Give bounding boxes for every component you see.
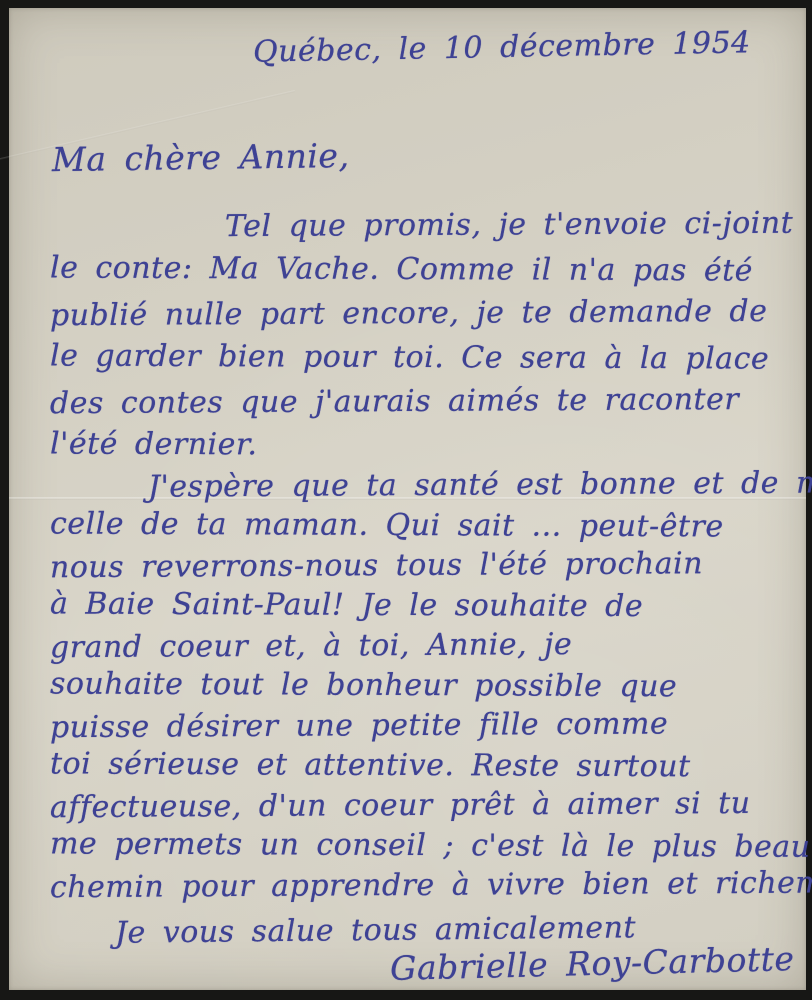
letter-line: chemin pour apprendre à vivre bien et ri… xyxy=(50,866,776,910)
dateline: Québec, le 10 décembre 1954 xyxy=(253,25,751,70)
letter-line: nous reverrons-nous tous l'été prochain xyxy=(50,546,776,590)
letter-line: puisse désirer une petite fille comme xyxy=(50,706,776,750)
letter-line: me permets un conseil ; c'est là le plus… xyxy=(50,826,776,869)
letter-line: publié nulle part encore, je te demande … xyxy=(50,294,776,342)
letter-line: le conte: Ma Vache. Comme il n'a pas été xyxy=(50,250,776,297)
letter-line: souhaite tout le bonheur possible que xyxy=(50,666,776,709)
letter-line: Tel que promis, je t'envoie ci-joint xyxy=(50,206,776,254)
letter-line: affectueuse, d'un coeur prêt à aimer si … xyxy=(50,786,776,830)
letter-line: J'espère que ta santé est bonne et de mê… xyxy=(50,466,776,510)
letter-line: des contes que j'aurais aimés te raconte… xyxy=(50,382,776,430)
letter-line: grand coeur et, à toi, Annie, je xyxy=(50,626,776,670)
letter-line: à Baie Saint-Paul! Je le souhaite de xyxy=(50,586,776,629)
letter-line: celle de ta maman. Qui sait ... peut-êtr… xyxy=(50,506,776,549)
paragraph-2: J'espère que ta santé est bonne et de mê… xyxy=(50,468,776,908)
paragraph-1: Tel que promis, je t'envoie ci-joint le … xyxy=(50,208,776,472)
salutation: Ma chère Annie, xyxy=(52,136,350,179)
letter-paper: Québec, le 10 décembre 1954 Ma chère Ann… xyxy=(9,8,806,990)
letter-line: toi sérieuse et attentive. Reste surtout xyxy=(50,746,776,789)
letter-line: le garder bien pour toi. Ce sera à la pl… xyxy=(50,338,776,385)
